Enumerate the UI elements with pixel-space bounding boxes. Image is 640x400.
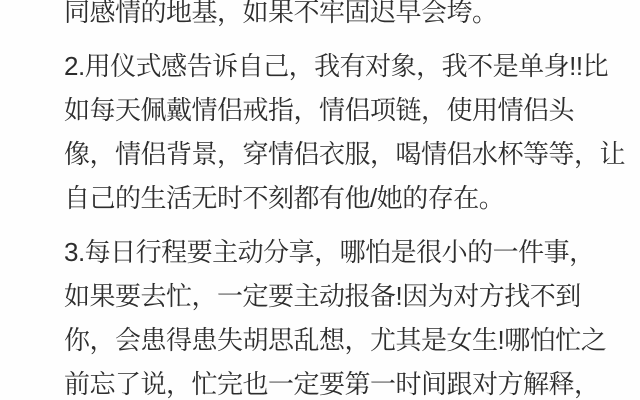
text-line: 同感情的地基，如果不牢固迟早会垮。 xyxy=(64,0,588,34)
text-line: 你，会患得患失胡思乱想，尤其是女生!哪怕忙之 xyxy=(64,318,588,362)
text-line: 3.每日行程要主动分享，哪怕是很小的一件事， xyxy=(64,230,588,274)
article-text-block: 同感情的地基，如果不牢固迟早会垮。 2.用仪式感告诉自己，我有对象，我不是单身!… xyxy=(64,0,588,400)
paragraph-2: 2.用仪式感告诉自己，我有对象，我不是单身!!比 如每天佩戴情侣戒指，情侣项链，… xyxy=(64,44,588,220)
article-page: 同感情的地基，如果不牢固迟早会垮。 2.用仪式感告诉自己，我有对象，我不是单身!… xyxy=(0,0,640,400)
paragraph-3: 3.每日行程要主动分享，哪怕是很小的一件事， 如果要去忙，一定要主动报备!因为对… xyxy=(64,230,588,400)
paragraph-1-continuation: 同感情的地基，如果不牢固迟早会垮。 xyxy=(64,0,588,34)
text-line: 2.用仪式感告诉自己，我有对象，我不是单身!!比 xyxy=(64,44,588,88)
text-line: 如果要去忙，一定要主动报备!因为对方找不到 xyxy=(64,274,588,318)
text-line: 像，情侣背景，穿情侣衣服，喝情侣水杯等等，让 xyxy=(64,132,588,176)
text-line: 前忘了说，忙完也一定要第一时间跟对方解释， xyxy=(64,362,588,400)
text-line: 自己的生活无时不刻都有他/她的存在。 xyxy=(64,176,588,220)
text-line: 如每天佩戴情侣戒指，情侣项链，使用情侣头 xyxy=(64,88,588,132)
